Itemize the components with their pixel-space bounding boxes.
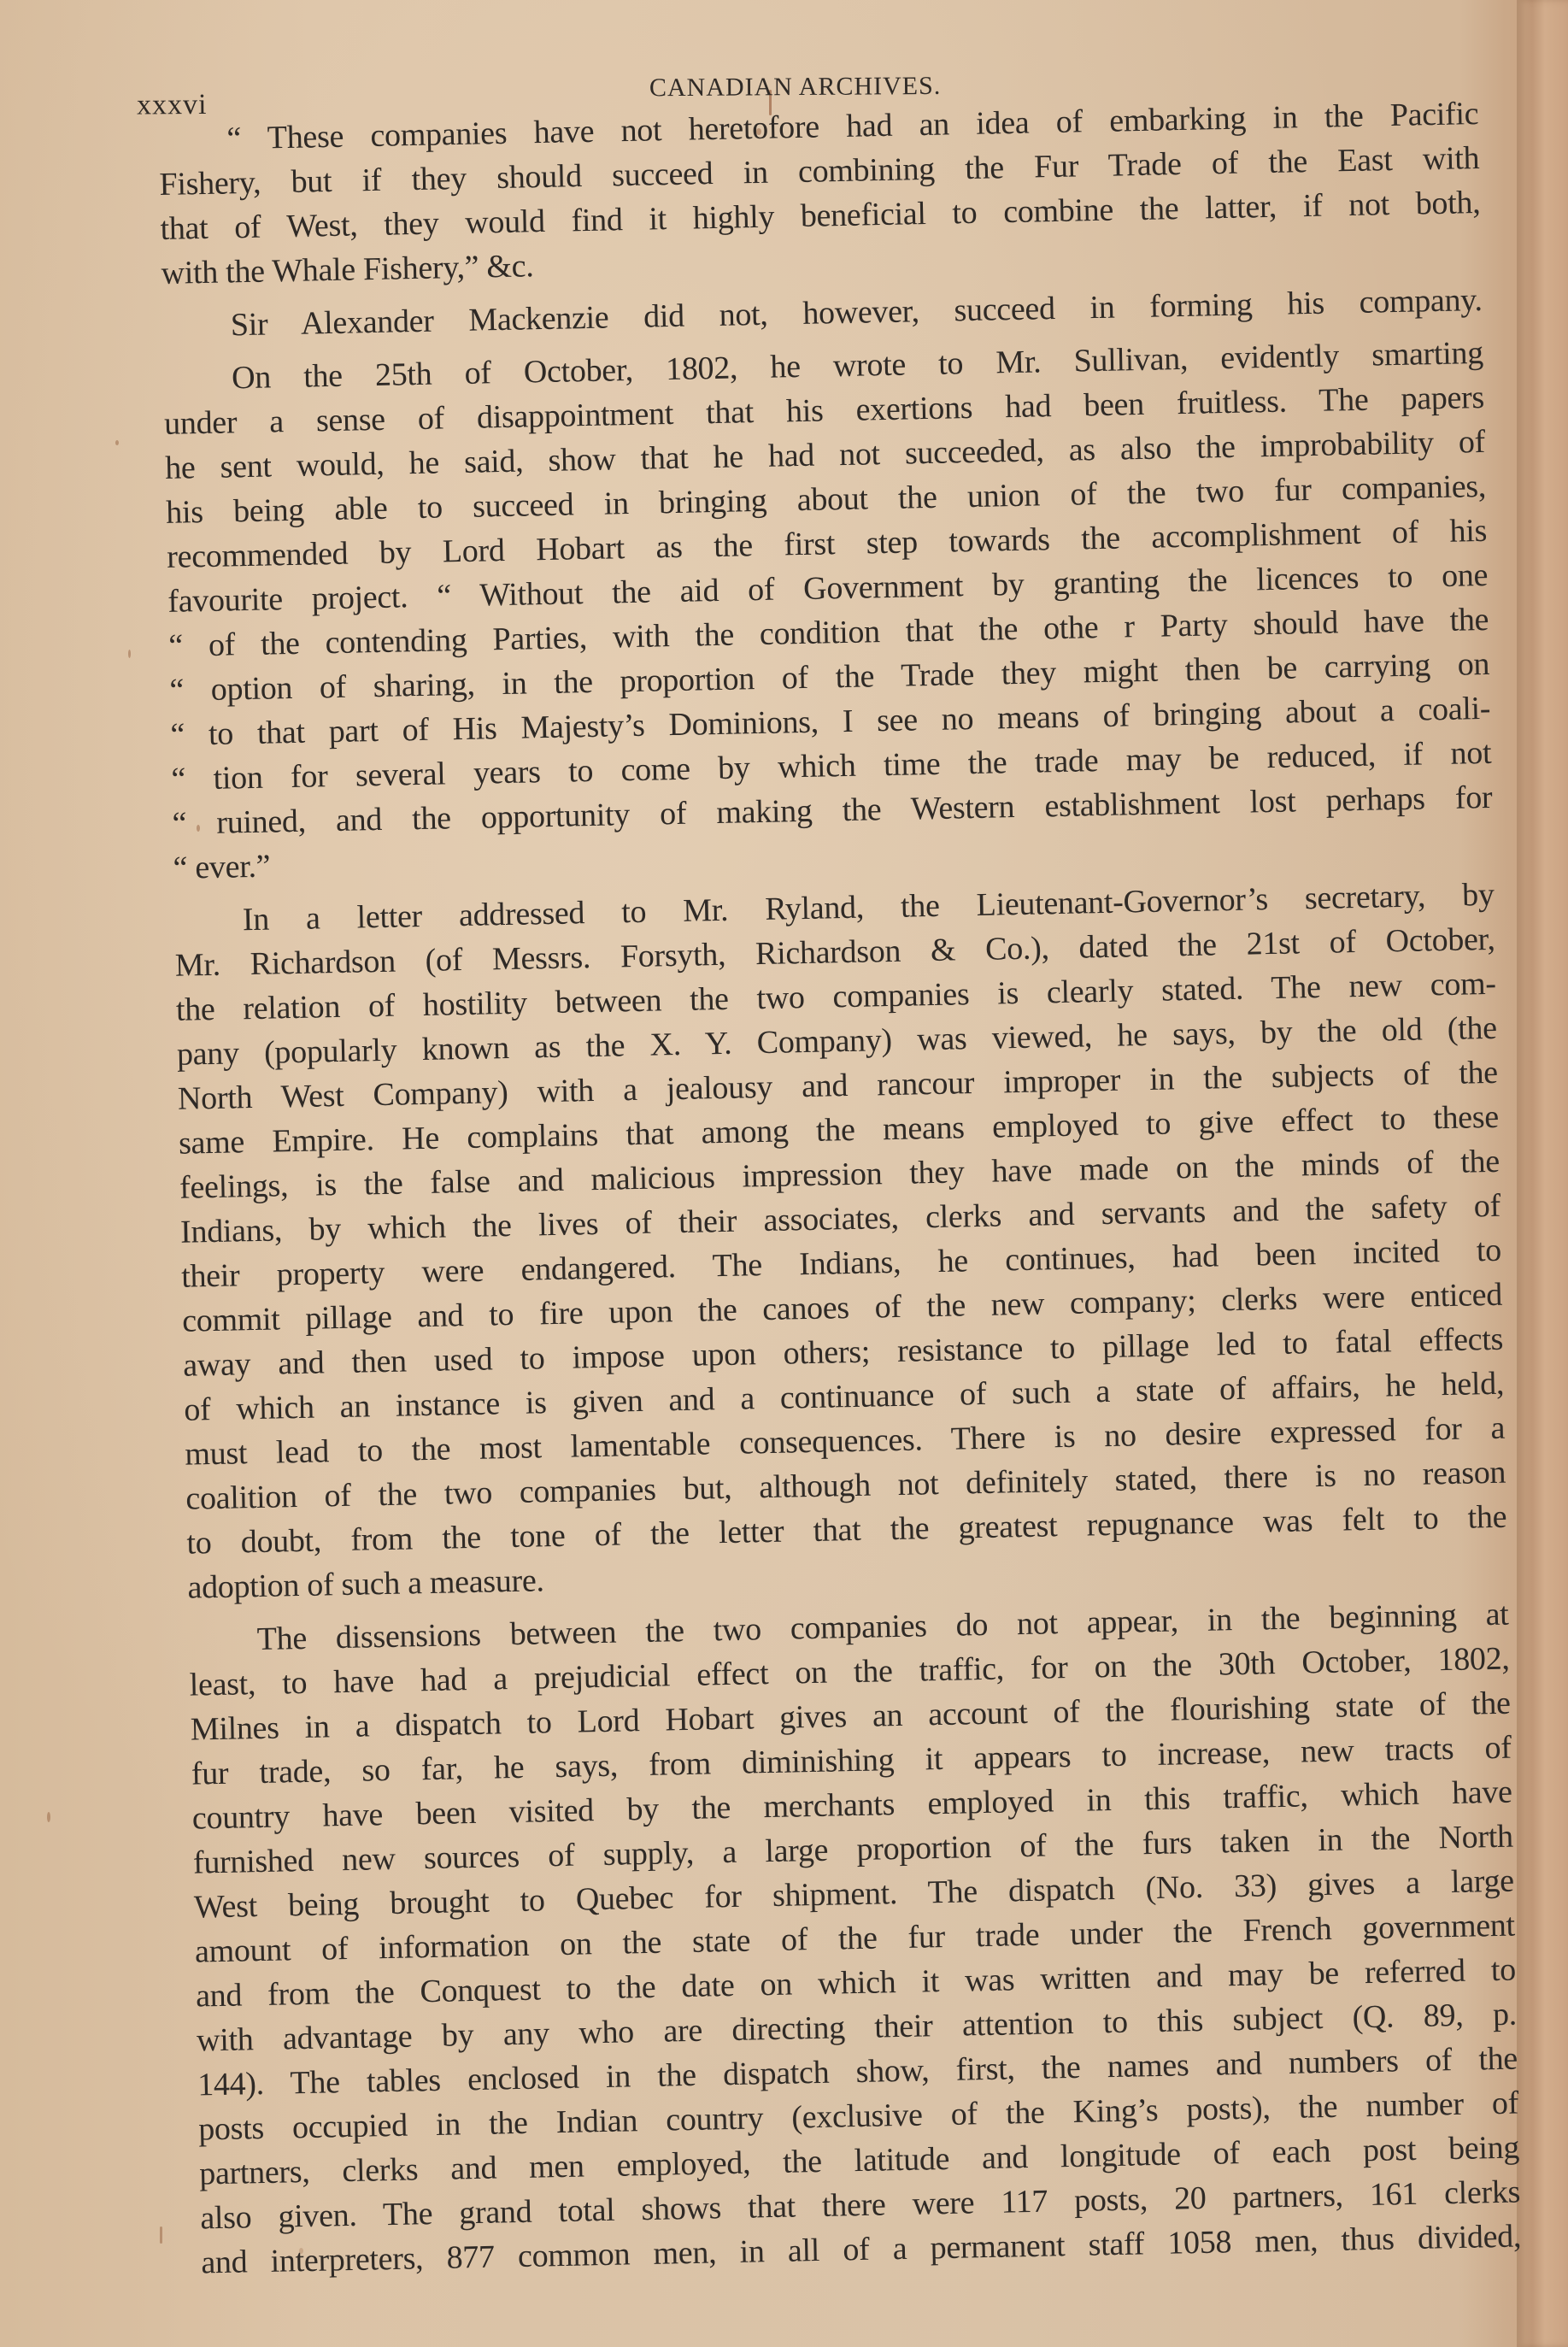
paper-fleck: [115, 440, 119, 445]
paper-fleck: [47, 1812, 50, 1822]
scanned-page: xxxvi CANADIAN ARCHIVES. “ These compani…: [0, 0, 1568, 2347]
paper-fleck: [128, 650, 131, 658]
paragraph-quote-whale-fishery: “ These companies have not heretofore ha…: [158, 91, 1482, 296]
book-gutter-edge: [1517, 0, 1568, 2347]
paragraph-sullivan-letter: On the 25th of October, 1802, he wrote t…: [163, 331, 1494, 891]
running-head: CANADIAN ARCHIVES.: [649, 72, 942, 103]
body-text: “ These companies have not heretofore ha…: [158, 91, 1522, 2293]
paper-fleck: [160, 2226, 162, 2244]
paragraph-dissensions: The dissensions between the two companie…: [188, 1592, 1521, 2285]
paragraph-ryland-letter: In a letter addressed to Mr. Ryland, the…: [173, 873, 1507, 1610]
